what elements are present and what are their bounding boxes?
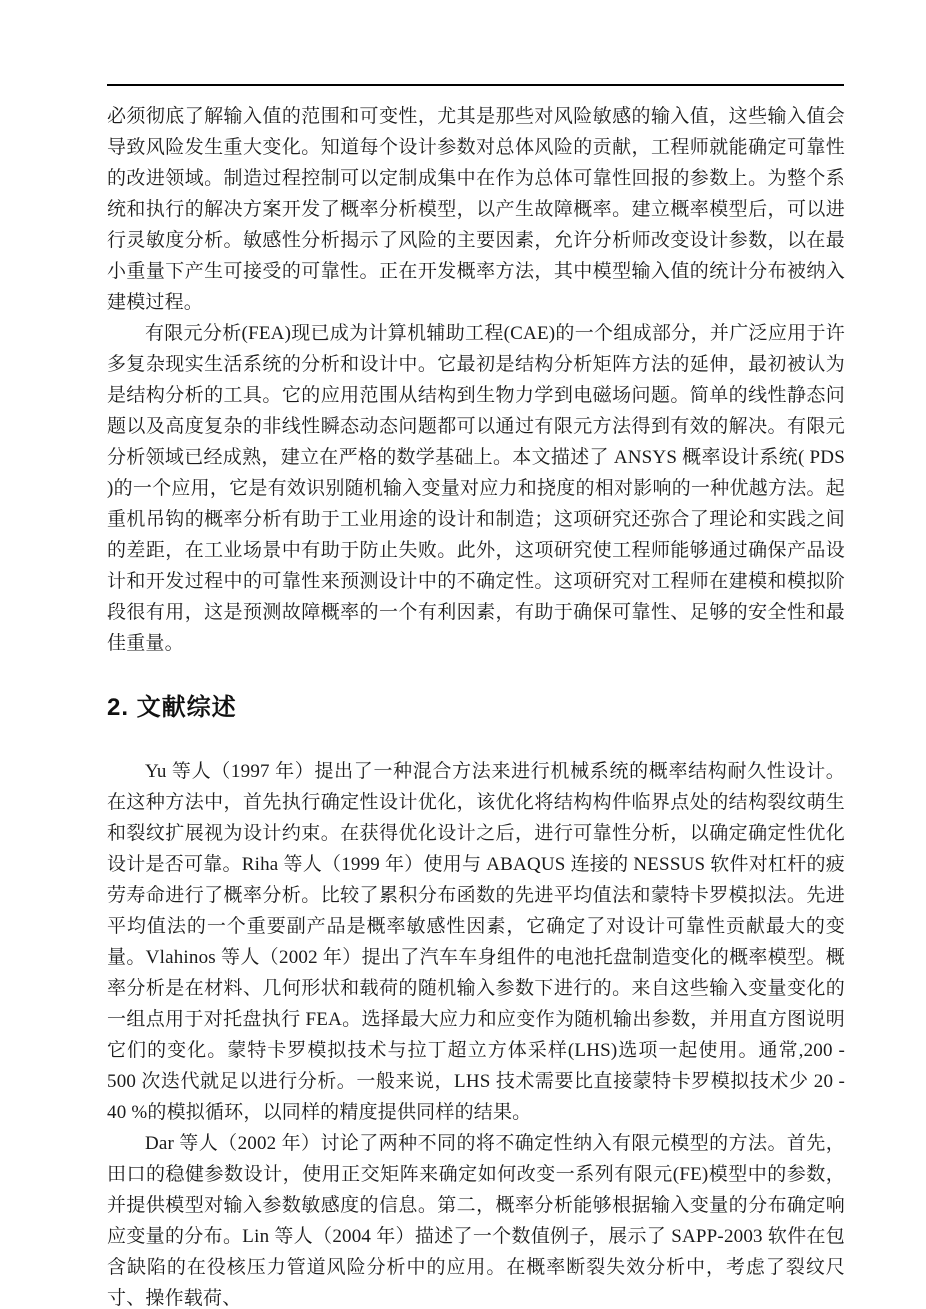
header-rule	[107, 84, 844, 86]
paragraph-literature-2: Dar 等人（2002 年）讨论了两种不同的将不确定性纳入有限元模型的方法。首先…	[107, 1128, 845, 1309]
document-page: 必须彻底了解输入值的范围和可变性，尤其是那些对风险敏感的输入值，这些输入值会导致…	[0, 0, 926, 1309]
paragraph-fea-overview: 有限元分析(FEA)现已成为计算机辅助工程(CAE)的一个组成部分，并广泛应用于…	[107, 318, 845, 659]
paragraph-literature-1: Yu 等人（1997 年）提出了一种混合方法来进行机械系统的概率结构耐久性设计。…	[107, 756, 845, 1128]
section-heading-literature-review: 2. 文献综述	[107, 687, 845, 722]
page-content: 必须彻底了解输入值的范围和可变性，尤其是那些对风险敏感的输入值，这些输入值会导致…	[107, 101, 845, 1309]
paragraph-intro-continuation: 必须彻底了解输入值的范围和可变性，尤其是那些对风险敏感的输入值，这些输入值会导致…	[107, 101, 845, 318]
